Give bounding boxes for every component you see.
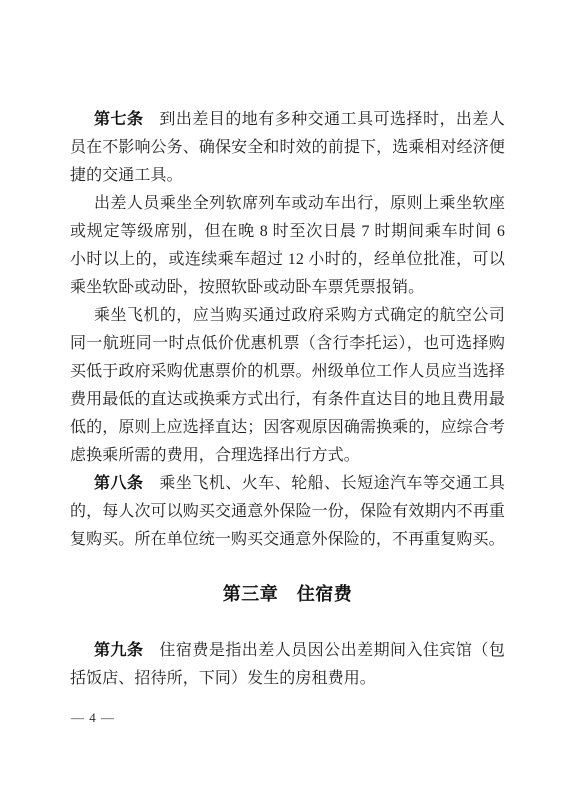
chapter-3-heading: 第三章 住宿费 [70, 580, 505, 608]
air-travel-text: 乘坐飞机的，应当购买通过政府采购方式确定的航空公司同一航班同一时点低价优惠机票（… [70, 307, 505, 464]
document-page: 第七条到出差目的地有多种交通工具可选择时，出差人员在不影响公务、确保安全和时效的… [0, 0, 565, 800]
article-8-number: 第八条 [94, 475, 143, 492]
page-number: — 4 — [71, 710, 115, 726]
train-travel-paragraph: 出差人员乘坐全列软席列车或动车出行，原则上乘坐软座或规定等级席别，但在晚 8 时… [70, 190, 505, 302]
article-7-paragraph: 第七条到出差目的地有多种交通工具可选择时，出差人员在不影响公务、确保安全和时效的… [70, 106, 505, 190]
air-travel-paragraph: 乘坐飞机的，应当购买通过政府采购方式确定的航空公司同一航班同一时点低价优惠机票（… [70, 302, 505, 470]
article-8-paragraph: 第八条乘坐飞机、火车、轮船、长短途汽车等交通工具的，每人次可以购买交通意外保险一… [70, 470, 505, 554]
article-7-number: 第七条 [94, 111, 143, 128]
article-9-paragraph: 第九条住宿费是指出差人员因公出差期间入住宾馆（包括饭店、招待所，下同）发生的房租… [70, 637, 505, 693]
page-body-text: 第七条到出差目的地有多种交通工具可选择时，出差人员在不影响公务、确保安全和时效的… [70, 106, 505, 693]
article-9-number: 第九条 [94, 642, 143, 659]
train-travel-text: 出差人员乘坐全列软席列车或动车出行，原则上乘坐软座或规定等级席别，但在晚 8 时… [70, 195, 505, 296]
